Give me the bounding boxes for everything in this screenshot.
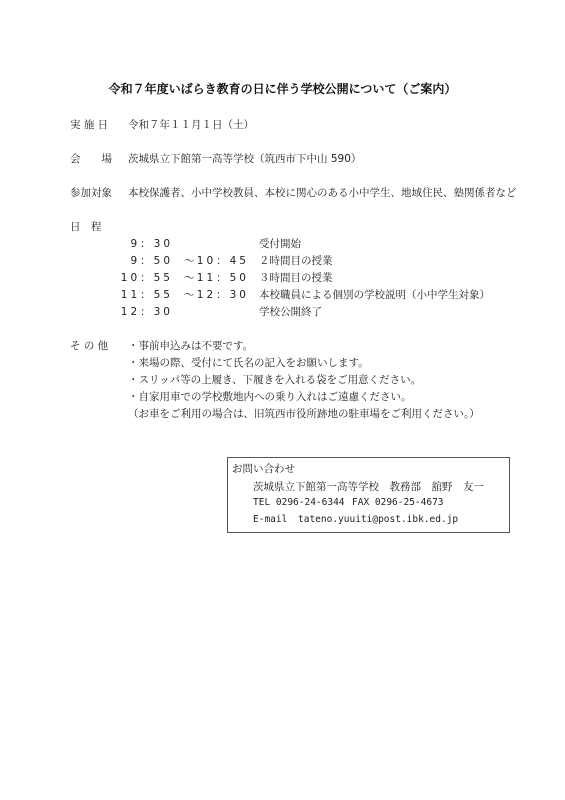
schedule-end-time: 10：45 (197, 253, 249, 268)
note-item: ・来場の際、受付にて氏名の記入をお願いします。 (128, 355, 369, 370)
schedule-row: 11：55 ～ 12：30 本校職員による個別の学校説明（小中学生対象） (0, 287, 565, 303)
participants-label: 参加対象 (70, 185, 112, 200)
venue-label: 会 場 (70, 151, 112, 166)
schedule-range-separator: ～ (184, 253, 195, 268)
schedule-label: 日 程 (70, 219, 102, 234)
schedule-end-time: 11：50 (197, 270, 249, 285)
schedule-range-separator: ～ (184, 270, 195, 285)
contact-phone: TEL 0296-24-6344 (253, 497, 345, 508)
other-label: そ の 他 (70, 338, 108, 353)
document-title: 令和７年度いばらき教育の日に伴う学校公開について（ご案内） (0, 80, 565, 97)
note-item: ・自家用車での学校敷地内への乗り入れはご遠慮ください。 (128, 389, 412, 404)
contact-email-link[interactable]: tateno.yuuiti@post.ibk.ed.jp (298, 514, 458, 525)
note-item-parking: （お車をご利用の場合は、旧筑西市役所跡地の駐車場をご利用ください。） (128, 406, 480, 421)
schedule-row: 12：30 学校公開終了 (0, 304, 565, 320)
venue-value: 茨城県立下館第一高等学校（筑西市下中山 590） (128, 151, 361, 166)
schedule-start-time: 9：30 (130, 236, 173, 251)
schedule-row: 9：30 受付開始 (0, 236, 565, 252)
schedule-start-time: 9：50 (130, 253, 173, 268)
note-item: ・スリッパ等の上履き、下履きを入れる袋をご用意ください。 (128, 372, 421, 387)
contact-fax: FAX 0296-25-4673 (352, 497, 444, 508)
schedule-start-time: 10：55 (121, 270, 173, 285)
schedule-description: 本校職員による個別の学校説明（小中学生対象） (259, 287, 490, 302)
schedule-description: 受付開始 (259, 236, 301, 251)
schedule-start-time: 11：55 (121, 287, 173, 302)
schedule-row: 10：55 ～ 11：50 ３時間目の授業 (0, 270, 565, 286)
contact-heading: お問い合わせ (232, 461, 295, 476)
schedule-range-separator: ～ (184, 287, 195, 302)
schedule-start-time: 12：30 (121, 304, 173, 319)
date-value: 令和７年１１月１日（土） (128, 117, 254, 132)
contact-organization: 茨城県立下館第一高等学校 教務部 舘野 友一 (253, 479, 484, 494)
schedule-description: 学校公開終了 (259, 304, 322, 319)
schedule-end-time: 12：30 (197, 287, 249, 302)
schedule-description: ３時間目の授業 (259, 270, 333, 285)
date-label: 実 施 日 (70, 117, 108, 132)
schedule-row: 9：50 ～ 10：45 ２時間目の授業 (0, 253, 565, 269)
note-item: ・事前申込みは不要です。 (128, 338, 253, 353)
schedule-description: ２時間目の授業 (259, 253, 333, 268)
participants-value: 本校保護者、小中学校教員、本校に関心のある小中学生、地域住民、塾関係者など (128, 185, 517, 200)
contact-email-label: E-mail (253, 514, 287, 525)
contact-box: お問い合わせ 茨城県立下館第一高等学校 教務部 舘野 友一 TEL 0296-2… (227, 457, 510, 533)
